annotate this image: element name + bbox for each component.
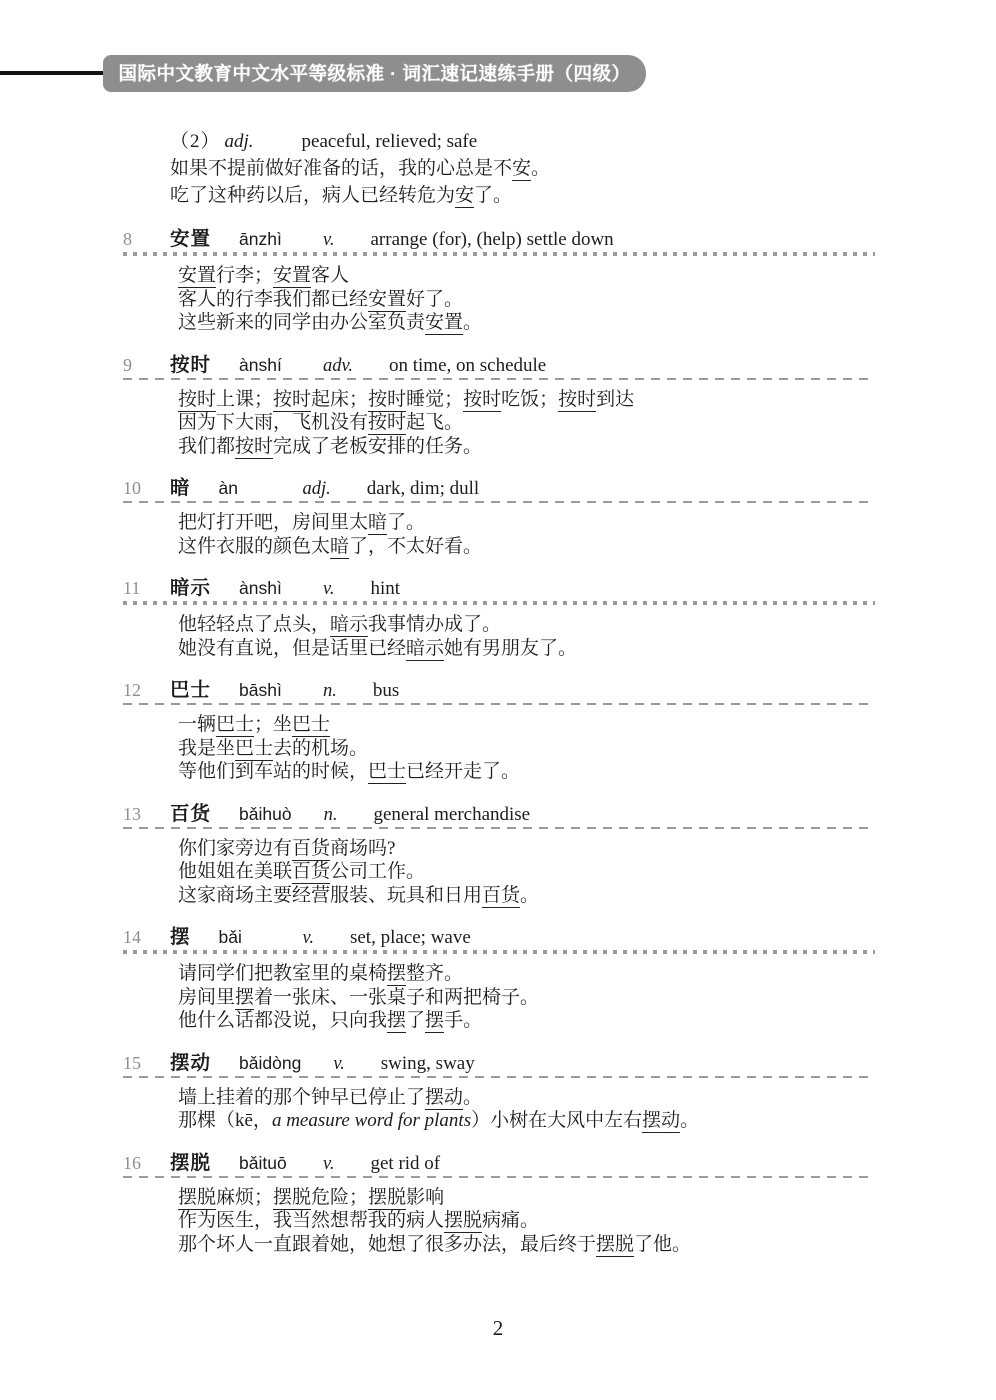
example-line: 一辆巴士；坐巴士 xyxy=(178,713,875,737)
entry-pinyin: ànshí xyxy=(239,355,291,376)
underlined-headword: 巴士 xyxy=(368,761,406,784)
underlined-headword: 暗示 xyxy=(330,614,368,637)
example-line: 作为医生，我当然想帮我的病人摆脱病痛。 xyxy=(178,1209,875,1233)
underlined-headword: 按时 xyxy=(558,389,596,412)
entry-head: 15摆动bǎidòngv.swing, sway xyxy=(123,1047,875,1073)
vocab-entry: 10暗ànadj.dark, dim; dull把灯打开吧，房间里太暗了。这件衣… xyxy=(123,472,875,558)
underlined-headword: 摆动 xyxy=(642,1110,680,1133)
page-footer: 2 xyxy=(0,1316,996,1341)
entry-word: 安置 xyxy=(170,223,211,251)
entry-word: 暗 xyxy=(170,472,191,500)
entry-divider xyxy=(123,703,875,705)
continuation-pos: adj. xyxy=(225,131,254,152)
entry-definition: on time, on schedule xyxy=(389,355,546,377)
entry-definition: dark, dim; dull xyxy=(367,478,479,500)
entry-word: 百货 xyxy=(170,798,211,826)
italic-note: a measure word for plants xyxy=(272,1110,471,1131)
banner-rule-line xyxy=(0,71,107,75)
example-line: 这些新来的同学由办公室负责安置。 xyxy=(178,311,875,335)
continuation-head: （2）adj.peaceful, relieved; safe xyxy=(170,128,875,155)
entry-definition: general merchandise xyxy=(373,804,530,826)
example-line: 他姐姐在美联百货公司工作。 xyxy=(178,860,875,884)
entry-number: 15 xyxy=(123,1053,170,1074)
entry-head: 13百货bǎihuòn.general merchandise xyxy=(123,798,875,824)
vocab-entry: 13百货bǎihuòn.general merchandise你们家旁边有百货商… xyxy=(123,798,875,908)
entry-number: 9 xyxy=(123,355,170,376)
underlined-headword: 巴士 xyxy=(292,714,330,737)
example-line: 安置行李；安置客人 xyxy=(178,264,875,288)
entry-divider xyxy=(123,601,875,605)
entry-examples: 摆脱麻烦；摆脱危险；摆脱影响作为医生，我当然想帮我的病人摆脱病痛。那个坏人一直跟… xyxy=(178,1186,875,1257)
example-line: 那棵（kē，a measure word for plants）小树在大风中左右… xyxy=(178,1109,875,1133)
example-line: 我们都按时完成了老板安排的任务。 xyxy=(178,435,875,459)
entry-head: 8安置ānzhìv.arrange (for), (help) settle d… xyxy=(123,223,875,249)
underlined-headword: 暗 xyxy=(330,536,349,559)
entry-definition: swing, sway xyxy=(381,1053,475,1075)
vocab-entry: 8安置ānzhìv.arrange (for), (help) settle d… xyxy=(123,223,875,335)
entry-divider xyxy=(123,378,875,380)
example-line: 那个坏人一直跟着她，她想了很多办法，最后终于摆脱了他。 xyxy=(178,1233,875,1257)
entry-head: 16摆脱bǎituōv.get rid of xyxy=(123,1147,875,1173)
underlined-headword: 安置 xyxy=(368,289,406,312)
underlined-headword: 暗示 xyxy=(406,638,444,661)
entry-examples: 把灯打开吧，房间里太暗了。这件衣服的颜色太暗了，不太好看。 xyxy=(178,511,875,558)
entry-definition: arrange (for), (help) settle down xyxy=(370,229,613,251)
underlined-headword: 摆 xyxy=(235,987,254,1010)
entry-pinyin: bǎihuò xyxy=(239,804,292,825)
entry-head: 11暗示ànshìv.hint xyxy=(123,572,875,598)
vocab-entry: 14摆bǎiv.set, place; wave请同学们把教室里的桌椅摆整齐。房… xyxy=(123,921,875,1033)
entry-word: 巴士 xyxy=(170,674,211,702)
entry-examples: 墙上挂着的那个钟早已停止了摆动。那棵（kē，a measure word for… xyxy=(178,1086,875,1133)
entry-word: 摆脱 xyxy=(170,1147,211,1175)
underlined-headword: 摆脱 xyxy=(596,1234,634,1257)
entry-definition: get rid of xyxy=(370,1153,440,1175)
entry-pinyin: ānzhì xyxy=(239,229,291,250)
example-line: 按时上课；按时起床；按时睡觉；按时吃饭；按时到达 xyxy=(178,388,875,412)
example-line: 他什么话都没说，只向我摆了摆手。 xyxy=(178,1009,875,1033)
entry-divider xyxy=(123,950,875,954)
example-line: 请同学们把教室里的桌椅摆整齐。 xyxy=(178,962,875,986)
example-line: 你们家旁边有百货商场吗? xyxy=(178,837,875,861)
entry-divider xyxy=(123,1076,875,1078)
entry-number: 8 xyxy=(123,229,170,250)
entry-number: 14 xyxy=(123,927,170,948)
underlined-headword: 摆动 xyxy=(425,1087,463,1110)
entry-examples: 他轻轻点了点头，暗示我事情办成了。她没有直说，但是话里已经暗示她有男朋友了。 xyxy=(178,613,875,660)
underlined-headword: 摆 xyxy=(387,1010,406,1033)
example-line: 房间里摆着一张床、一张桌子和两把椅子。 xyxy=(178,986,875,1010)
sense-number: （2） xyxy=(170,131,221,152)
entry-divider xyxy=(123,1176,875,1178)
underlined-headword: 安 xyxy=(512,158,531,181)
continuation-block: （2）adj.peaceful, relieved; safe 如果不提前做好准… xyxy=(170,128,875,209)
continuation-definition: peaceful, relieved; safe xyxy=(302,131,478,152)
vocab-entry: 12巴士bāshìn.bus一辆巴士；坐巴士我是坐巴士去的机场。等他们到车站的时… xyxy=(123,674,875,784)
entry-number: 13 xyxy=(123,804,170,825)
underlined-headword: 按时 xyxy=(235,436,273,459)
entry-word: 按时 xyxy=(170,349,211,377)
example-line: 我是坐巴士去的机场。 xyxy=(178,737,875,761)
entry-pos: adv. xyxy=(323,356,353,377)
entry-definition: hint xyxy=(370,578,400,600)
entry-examples: 安置行李；安置客人客人的行李我们都已经安置好了。这些新来的同学由办公室负责安置。 xyxy=(178,264,875,335)
entry-pinyin: bǎidòng xyxy=(239,1053,301,1074)
entry-definition: bus xyxy=(373,680,399,702)
example-line: 她没有直说，但是话里已经暗示她有男朋友了。 xyxy=(178,637,875,661)
entry-number: 10 xyxy=(123,478,170,499)
example-line: 吃了这种药以后，病人已经转危为安了。 xyxy=(170,182,875,209)
entry-pos: v. xyxy=(323,1154,334,1175)
entry-head: 12巴士bāshìn.bus xyxy=(123,674,875,700)
example-line: 这件衣服的颜色太暗了，不太好看。 xyxy=(178,535,875,559)
underlined-headword: 安置 xyxy=(425,312,463,335)
underlined-headword: 按时 xyxy=(463,389,501,412)
underlined-headword: 摆脱 xyxy=(178,1187,216,1210)
entry-head: 14摆bǎiv.set, place; wave xyxy=(123,921,875,947)
example-line: 他轻轻点了点头，暗示我事情办成了。 xyxy=(178,613,875,637)
entry-divider xyxy=(123,827,875,829)
underlined-headword: 安 xyxy=(455,185,474,208)
entry-pinyin: bāshì xyxy=(239,680,291,701)
entry-pinyin: àn xyxy=(219,478,271,499)
example-line: 因为下大雨，飞机没有按时起飞。 xyxy=(178,411,875,435)
vocab-entry: 16摆脱bǎituōv.get rid of摆脱麻烦；摆脱危险；摆脱影响作为医生… xyxy=(123,1147,875,1257)
entry-pos: n. xyxy=(324,805,338,826)
underlined-headword: 按时 xyxy=(368,412,406,435)
entry-pos: adj. xyxy=(303,479,331,500)
entry-number: 11 xyxy=(123,578,170,599)
entry-pos: v. xyxy=(323,579,334,600)
entry-head: 10暗ànadj.dark, dim; dull xyxy=(123,472,875,498)
underlined-headword: 百货 xyxy=(292,838,330,861)
entry-list: 8安置ānzhìv.arrange (for), (help) settle d… xyxy=(123,223,875,1256)
entry-pos: n. xyxy=(323,681,337,702)
underlined-headword: 摆脱 xyxy=(368,1187,406,1210)
example-line: 客人的行李我们都已经安置好了。 xyxy=(178,288,875,312)
vocab-entry: 11暗示ànshìv.hint他轻轻点了点头，暗示我事情办成了。她没有直说，但是… xyxy=(123,572,875,660)
underlined-headword: 百货 xyxy=(482,885,520,908)
entry-examples: 请同学们把教室里的桌椅摆整齐。房间里摆着一张床、一张桌子和两把椅子。他什么话都没… xyxy=(178,962,875,1033)
example-line: 如果不提前做好准备的话，我的心总是不安。 xyxy=(170,155,875,182)
page-number: 2 xyxy=(493,1316,504,1340)
entry-pinyin: bǎi xyxy=(219,927,271,948)
entry-examples: 按时上课；按时起床；按时睡觉；按时吃饭；按时到达因为下大雨，飞机没有按时起飞。我… xyxy=(178,388,875,459)
entry-pinyin: bǎituō xyxy=(239,1153,291,1174)
underlined-headword: 按时 xyxy=(178,389,216,412)
example-line: 把灯打开吧，房间里太暗了。 xyxy=(178,511,875,535)
example-line: 这家商场主要经营服装、玩具和日用百货。 xyxy=(178,884,875,908)
underlined-headword: 暗 xyxy=(368,512,387,535)
underlined-headword: 安置 xyxy=(273,265,311,288)
entry-number: 12 xyxy=(123,680,170,701)
underlined-headword: 摆 xyxy=(387,963,406,986)
entry-word: 摆动 xyxy=(170,1047,211,1075)
header-banner: 国际中文教育中文水平等级标准 · 词汇速记速练手册（四级） xyxy=(103,55,646,92)
underlined-headword: 摆脱 xyxy=(273,1187,311,1210)
underlined-headword: 按时 xyxy=(273,389,311,412)
underlined-headword: 百货 xyxy=(292,861,330,884)
entry-divider xyxy=(123,252,875,256)
entry-word: 摆 xyxy=(170,921,191,949)
entry-examples: 一辆巴士；坐巴士我是坐巴士去的机场。等他们到车站的时候，巴士已经开走了。 xyxy=(178,713,875,784)
underlined-headword: 安置 xyxy=(178,265,216,288)
vocab-entry: 15摆动bǎidòngv.swing, sway墙上挂着的那个钟早已停止了摆动。… xyxy=(123,1047,875,1133)
content-column: （2）adj.peaceful, relieved; safe 如果不提前做好准… xyxy=(123,128,875,1256)
example-line: 摆脱麻烦；摆脱危险；摆脱影响 xyxy=(178,1186,875,1210)
underlined-headword: 巴士 xyxy=(216,714,254,737)
entry-pinyin: ànshì xyxy=(239,578,291,599)
example-line: 等他们到车站的时候，巴士已经开走了。 xyxy=(178,760,875,784)
underlined-headword: 巴士 xyxy=(235,738,273,761)
underlined-headword: 按时 xyxy=(368,389,406,412)
entry-head: 9按时ànshíadv.on time, on schedule xyxy=(123,349,875,375)
example-line: 墙上挂着的那个钟早已停止了摆动。 xyxy=(178,1086,875,1110)
vocab-entry: 9按时ànshíadv.on time, on schedule按时上课；按时起… xyxy=(123,349,875,459)
entry-examples: 你们家旁边有百货商场吗?他姐姐在美联百货公司工作。这家商场主要经营服装、玩具和日… xyxy=(178,837,875,908)
entry-pos: v. xyxy=(333,1054,344,1075)
underlined-headword: 摆脱 xyxy=(444,1210,482,1233)
banner-title: 国际中文教育中文水平等级标准 · 词汇速记速练手册（四级） xyxy=(119,63,631,84)
entry-word: 暗示 xyxy=(170,572,211,600)
entry-number: 16 xyxy=(123,1153,170,1174)
entry-divider xyxy=(123,501,875,503)
entry-definition: set, place; wave xyxy=(350,927,471,949)
entry-pos: v. xyxy=(323,230,334,251)
underlined-headword: 摆 xyxy=(425,1010,444,1033)
entry-pos: v. xyxy=(303,928,314,949)
